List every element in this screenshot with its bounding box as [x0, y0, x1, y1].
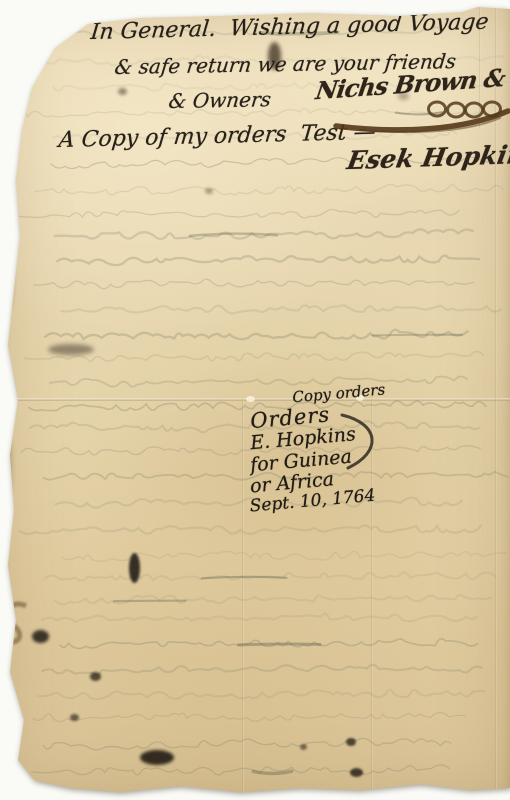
vertical-fold-crease-left	[242, 398, 244, 800]
ink-stain	[346, 738, 356, 746]
ink-stain	[2, 252, 12, 310]
attest-line: A Copy of my orders Test —	[58, 120, 377, 153]
ink-stain	[129, 553, 140, 583]
docket-inscription: Copy orders Orders E. Hopkins for Guinea…	[240, 381, 400, 517]
manuscript-photo: In General. Wishing a good Voyage & safe…	[0, 0, 510, 800]
closing-line-1: In General. Wishing a good Voyage	[90, 10, 490, 45]
ink-stain	[0, 700, 12, 758]
ink-stain	[118, 88, 127, 95]
ink-stain	[90, 672, 101, 681]
manuscript-paper: In General. Wishing a good Voyage & safe…	[0, 0, 510, 800]
ink-stain	[48, 344, 94, 355]
ink-stain	[3, 432, 11, 498]
ink-stain	[32, 630, 49, 643]
ink-stain	[70, 714, 79, 721]
paper-shadow: In General. Wishing a good Voyage & safe…	[0, 0, 510, 800]
closing-line-3: & Owners	[167, 87, 272, 113]
ink-stain	[300, 744, 307, 750]
ink-stain	[350, 768, 363, 777]
vertical-page-edge-right	[495, 0, 497, 800]
signature-esek-hopkins: Esek Hopkins	[345, 139, 510, 175]
ink-stain	[205, 188, 213, 194]
ink-stain	[140, 750, 174, 765]
